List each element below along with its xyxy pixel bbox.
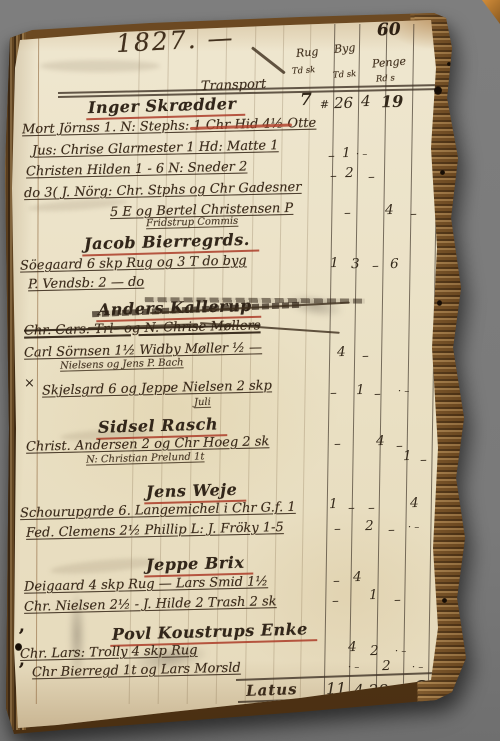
ink-stroke [200,322,340,334]
book-shadow: 1827. — 60 TransportRugBygPengeTd skTd s… [0,0,500,741]
ink-stroke [251,46,286,74]
ink-stroke [150,302,350,314]
page-content: 1827. — 60 TransportRugBygPengeTd skTd s… [0,0,500,741]
ledger-book: 1827. — 60 TransportRugBygPengeTd skTd s… [0,0,500,741]
ink-blot [442,598,447,603]
ink-blot [447,62,451,66]
ink-blot [440,170,445,175]
amount-value: · [399,686,404,702]
ink-blot [15,643,22,651]
ink-stroke [88,323,198,330]
ink-blot [437,300,442,306]
ink-stroke [190,123,292,129]
ledger-page: 1827. — 60 TransportRugBygPengeTd skTd s… [0,0,500,741]
ink-blot [434,86,442,95]
ink-strokes-layer [0,0,500,741]
photo-background: 1827. — 60 TransportRugBygPengeTd skTd s… [0,0,500,741]
